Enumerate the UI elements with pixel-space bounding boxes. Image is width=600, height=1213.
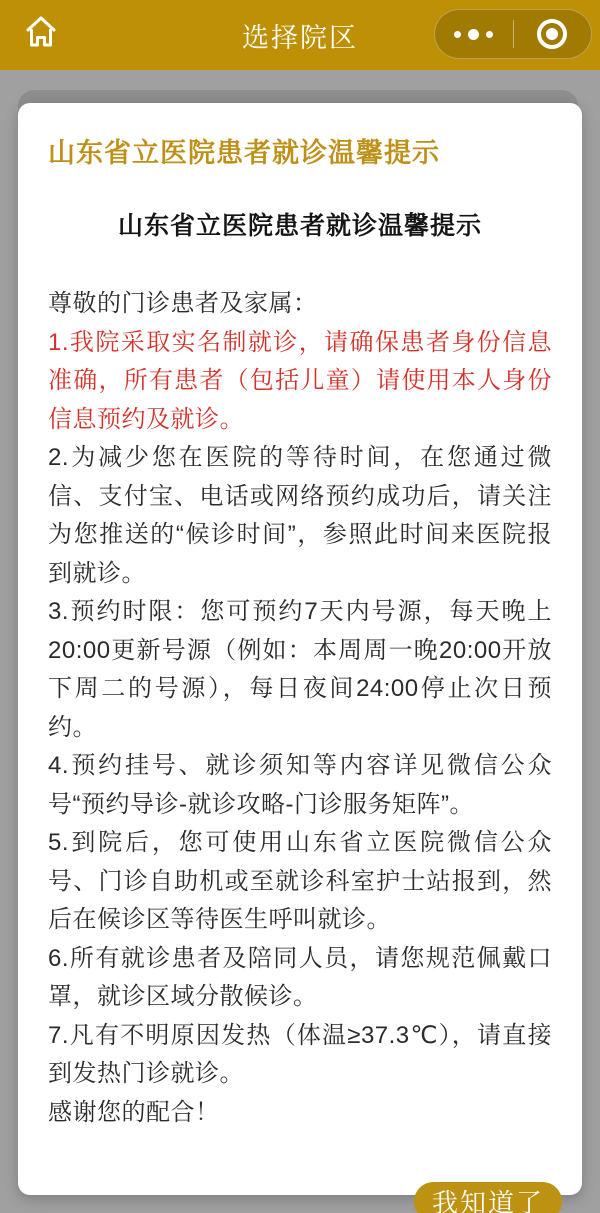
navbar: 选择院区 bbox=[0, 0, 600, 70]
modal-center-title: 山东省立医院患者就诊温馨提示 bbox=[48, 211, 552, 241]
notice-item-6: 6.所有就诊患者及陪同人员，请您规范佩戴口罩，就诊区域分散候诊。 bbox=[48, 940, 552, 1017]
dimmed-overlay: 山东省立医院患者就诊温馨提示 山东省立医院患者就诊温馨提示 尊敬的门诊患者及家属… bbox=[0, 70, 600, 1213]
modal-gold-title: 山东省立医院患者就诊温馨提示 bbox=[48, 137, 552, 169]
notice-modal: 山东省立医院患者就诊温馨提示 山东省立医院患者就诊温馨提示 尊敬的门诊患者及家属… bbox=[18, 103, 582, 1195]
notice-item-3: 3.预约时限：您可预约7天内号源，每天晚上20:00更新号源（例如：本周周一晚2… bbox=[48, 593, 552, 747]
notice-salutation: 尊敬的门诊患者及家属： bbox=[48, 285, 552, 324]
home-icon bbox=[25, 15, 57, 49]
more-menu-button[interactable] bbox=[435, 10, 513, 58]
notice-item-1: 1.我院采取实名制就诊，请确保患者身份信息准确，所有患者（包括儿童）请使用本人身… bbox=[48, 324, 552, 440]
page-title: 选择院区 bbox=[242, 16, 358, 55]
confirm-button[interactable]: 我知道了 bbox=[414, 1182, 562, 1213]
exit-miniprogram-button[interactable] bbox=[514, 10, 592, 58]
notice-body: 尊敬的门诊患者及家属： 1.我院采取实名制就诊，请确保患者身份信息准确，所有患者… bbox=[48, 285, 552, 1132]
notice-item-7: 7.凡有不明原因发热（体温≥37.3℃），请直接到发热门诊就诊。 bbox=[48, 1017, 552, 1094]
wechat-capsule bbox=[434, 9, 592, 59]
notice-thanks: 感谢您的配合！ bbox=[48, 1094, 552, 1133]
exit-target-icon bbox=[537, 19, 567, 49]
notice-item-5: 5.到院后，您可使用山东省立医院微信公众号、门诊自助机或至就诊科室护士站报到，然… bbox=[48, 824, 552, 940]
home-button[interactable] bbox=[24, 12, 58, 52]
notice-item-2: 2.为减少您在医院的等待时间，在您通过微信、支付宝、电话或网络预约成功后，请关注… bbox=[48, 439, 552, 593]
notice-item-4: 4.预约挂号、就诊须知等内容详见微信公众号“预约导诊-就诊攻略-门诊服务矩阵”。 bbox=[48, 747, 552, 824]
more-dots-icon bbox=[454, 29, 493, 40]
